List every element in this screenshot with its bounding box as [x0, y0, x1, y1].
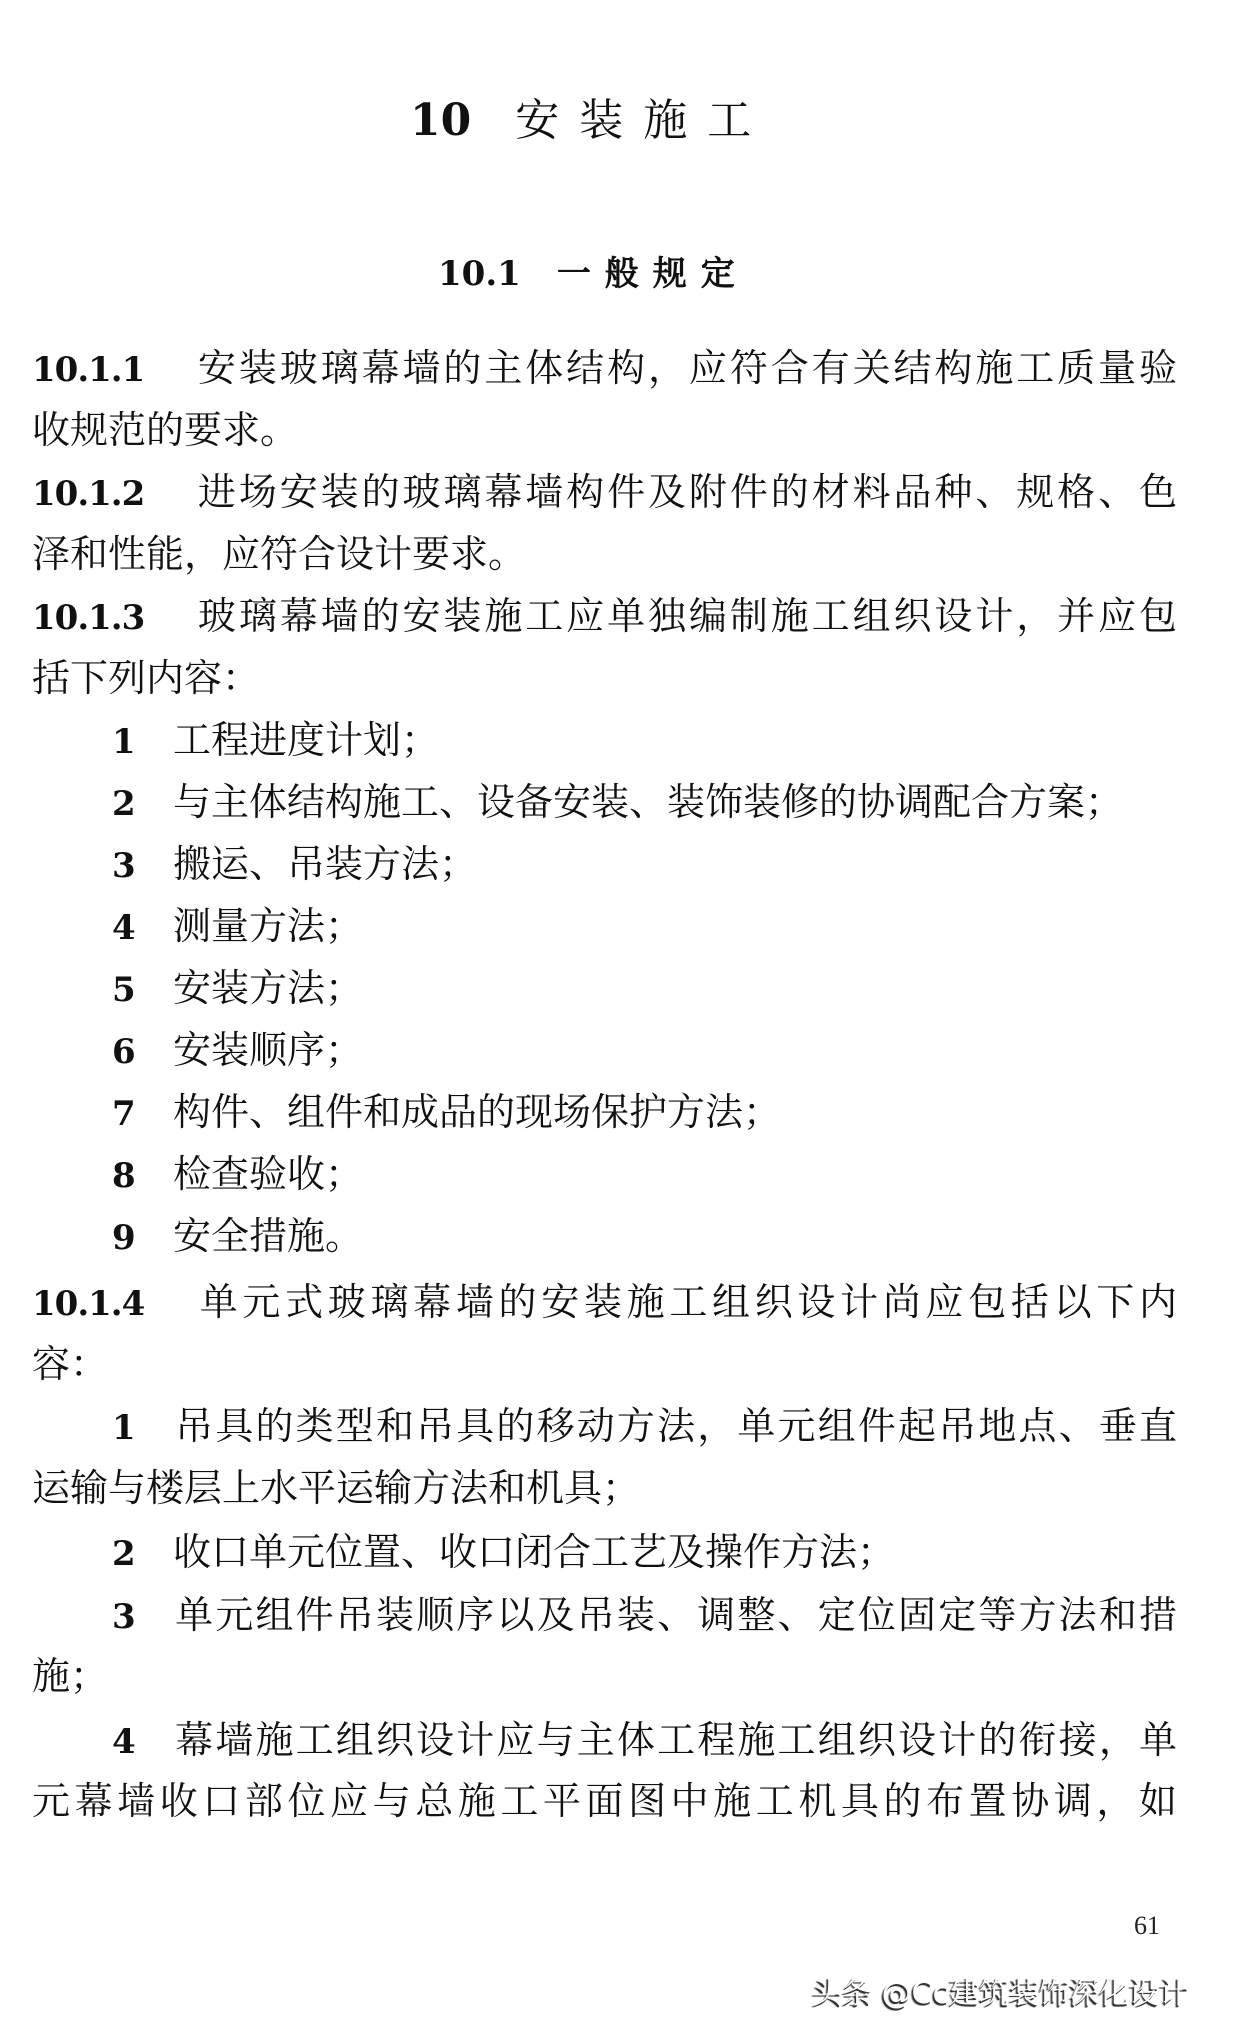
list-item: 2与主体结构施工、设备安装、装饰装修的协调配合方案；	[112, 777, 1123, 827]
clause-label: 10.1.4	[32, 1279, 195, 1329]
list-item: 5安装方法；	[112, 963, 363, 1013]
clause-text-continuation: 括下列内容：	[32, 653, 1177, 703]
clause-text-continuation: 容：	[32, 1339, 1177, 1389]
list-item-text: 幕墙施工组织设计应与主体工程施工组织设计的衔接，单	[173, 1718, 1177, 1762]
list-item: 2收口单元位置、收口闭合工艺及操作方法；	[112, 1527, 895, 1577]
list-item-text: 构件、组件和成品的现场保护方法；	[173, 1090, 781, 1134]
list-item-text: 搬运、吊装方法；	[173, 842, 477, 886]
list-item-text: 测量方法；	[173, 904, 363, 948]
list-item-number: 3	[112, 841, 173, 891]
list-item-number: 4	[112, 1717, 173, 1767]
clause-10-1-2: 10.1.2进场安装的玻璃幕墙构件及附件的材料品种、规格、色	[32, 467, 1177, 517]
list-item-number: 1	[112, 717, 173, 767]
list-item: 1工程进度计划；	[112, 715, 439, 765]
list-item-number: 4	[112, 903, 173, 953]
list-item: 8检查验收；	[112, 1149, 363, 1199]
clause-text: 玻璃幕墙的安装施工应单独编制施工组织设计，并应包	[195, 594, 1177, 638]
list-item-continuation: 元幕墙收口部位应与总施工平面图中施工机具的布置协调，如	[32, 1776, 1177, 1826]
chapter-title: 安装施工	[515, 95, 771, 146]
clause-text-continuation: 泽和性能，应符合设计要求。	[32, 529, 1177, 579]
clause-label: 10.1.1	[32, 345, 195, 395]
clause-text: 单元式玻璃幕墙的安装施工组织设计尚应包括以下内	[195, 1280, 1177, 1324]
list-item-number: 2	[112, 779, 173, 829]
list-item: 4幕墙施工组织设计应与主体工程施工组织设计的衔接，单	[112, 1715, 1177, 1765]
list-item: 3搬运、吊装方法；	[112, 839, 477, 889]
list-item: 3单元组件吊装顺序以及吊装、调整、定位固定等方法和措	[112, 1590, 1177, 1640]
list-item-number: 6	[112, 1027, 173, 1077]
list-item-continuation: 运输与楼层上水平运输方法和机具；	[32, 1463, 1177, 1513]
clause-text: 进场安装的玻璃幕墙构件及附件的材料品种、规格、色	[195, 470, 1177, 514]
list-item-text: 安装方法；	[173, 966, 363, 1010]
list-item: 1吊具的类型和吊具的移动方法，单元组件起吊地点、垂直	[112, 1401, 1177, 1451]
clause-label: 10.1.3	[32, 593, 195, 643]
chapter-number: 10	[410, 95, 471, 146]
list-item-text: 吊具的类型和吊具的移动方法，单元组件起吊地点、垂直	[173, 1404, 1177, 1448]
list-item-number: 5	[112, 965, 173, 1015]
list-item-number: 2	[112, 1529, 173, 1579]
list-item: 4测量方法；	[112, 901, 363, 951]
list-item: 9安全措施。	[112, 1211, 363, 1261]
section-number: 10.1	[438, 254, 521, 294]
watermark: 头条 @Cc建筑装饰深化设计	[812, 1976, 1189, 2012]
clause-label: 10.1.2	[32, 469, 195, 519]
list-item-number: 3	[112, 1592, 173, 1642]
list-item: 7构件、组件和成品的现场保护方法；	[112, 1087, 781, 1137]
clause-text: 安装玻璃幕墙的主体结构，应符合有关结构施工质量验	[195, 346, 1177, 390]
list-item-text: 检查验收；	[173, 1152, 363, 1196]
list-item-text: 安全措施。	[173, 1214, 363, 1258]
section-heading: 10.1一般规定	[438, 253, 768, 295]
clause-text-continuation: 收规范的要求。	[32, 405, 1177, 455]
clause-10-1-4: 10.1.4单元式玻璃幕墙的安装施工组织设计尚应包括以下内	[32, 1277, 1177, 1327]
list-item-number: 9	[112, 1213, 173, 1263]
chapter-heading: 10安装施工	[410, 96, 795, 146]
clause-10-1-3: 10.1.3玻璃幕墙的安装施工应单独编制施工组织设计，并应包	[32, 591, 1177, 641]
list-item-text: 单元组件吊装顺序以及吊装、调整、定位固定等方法和措	[173, 1593, 1177, 1637]
clause-10-1-1: 10.1.1安装玻璃幕墙的主体结构，应符合有关结构施工质量验	[32, 343, 1177, 393]
list-item-number: 7	[112, 1089, 173, 1139]
list-item: 6安装顺序；	[112, 1025, 363, 1075]
page-number: 61	[1134, 1910, 1160, 1942]
list-item-text: 收口单元位置、收口闭合工艺及操作方法；	[173, 1530, 895, 1574]
section-title: 一般规定	[557, 254, 749, 294]
list-item-number: 8	[112, 1151, 173, 1201]
list-item-text: 工程进度计划；	[173, 718, 439, 762]
list-item-number: 1	[112, 1403, 173, 1453]
list-item-continuation: 施；	[32, 1651, 1177, 1701]
list-item-text: 与主体结构施工、设备安装、装饰装修的协调配合方案；	[173, 780, 1123, 824]
list-item-text: 安装顺序；	[173, 1028, 363, 1072]
